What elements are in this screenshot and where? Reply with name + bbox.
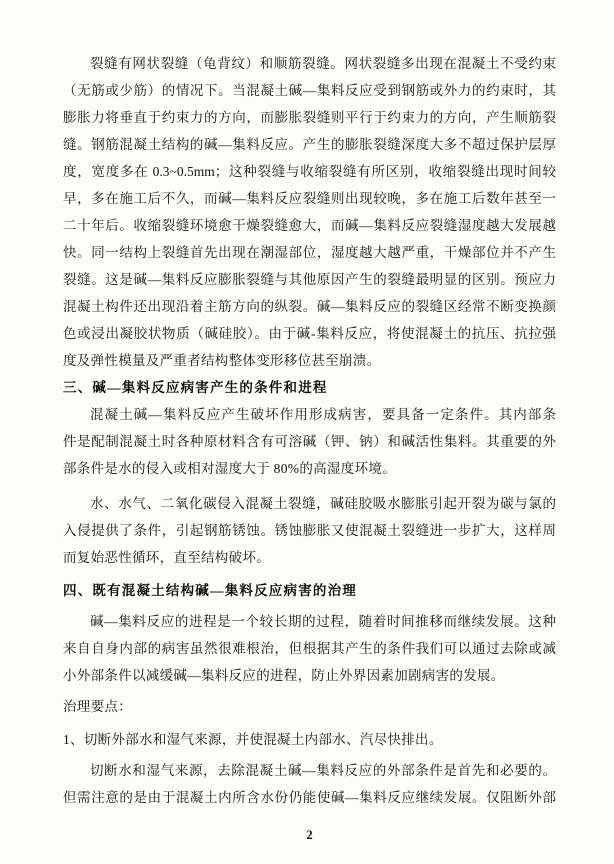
paragraph-reaction-conditions: 混凝土碱—集料反应产生破坏作用形成病害，要具备一定条件。其内部条 件是配制混凝土… (63, 401, 556, 482)
text-line: 入侵提供了条件，引起钢筋锈蚀。锈蚀膨胀又使混凝土裂缝进一步扩大，这样周 (63, 517, 556, 544)
section-heading-text: 四、既有混凝土结构碱—集料反应病害的治理 (63, 577, 556, 604)
section-heading-conditions: 三、碱—集料反应病害产生的条件和进程 (63, 374, 556, 401)
paragraph-cutoff-water: 切断水和湿气来源，去除混凝土碱—集料反应的外部条件是首先和必要的。 但需注意的是… (63, 757, 556, 811)
label-text: 治理要点： (63, 693, 556, 720)
page-number: 2 (63, 823, 556, 847)
paragraph-treatment-overview: 碱—集料反应的进程是一个较长期的过程，随着时间推移而继续发展。这种 来自自身内部… (63, 608, 556, 689)
text-line: 部条件是水的侵入或相对湿度大于 80%的高湿度环境。 (63, 455, 556, 482)
text-line: 裂缝。这是碱—集料反应膨胀裂缝与其他原因产生的裂缝最明显的区别。预应力 (63, 266, 556, 293)
text-line: 来自自身内部的病害虽然很难根治，但根据其产生的条件我们可以通过去除或减 (63, 635, 556, 662)
text-line: 度，宽度多在 0.3~0.5mm；这种裂缝与收缩裂缝有所区别，收缩裂缝出现时间较 (63, 158, 556, 185)
text-line: 碱—集料反应的进程是一个较长期的过程，随着时间推移而继续发展。这种 (63, 608, 556, 635)
text-line: 二十年后。收缩裂缝环境愈干燥裂缝愈大，而碱—集料反应裂缝湿度越大发展越 (63, 212, 556, 239)
text-line: 水、水气、二氧化碳侵入混凝土裂缝，碱硅胶吸水膨胀引起开裂为碳与氯的 (63, 490, 556, 517)
text-column: 裂缝有网状裂缝（龟背纹）和顺筋裂缝。网状裂缝多出现在混凝土不受约束 （无筋或少筋… (63, 50, 556, 847)
document-page: 裂缝有网状裂缝（龟背纹）和顺筋裂缝。网状裂缝多出现在混凝土不受约束 （无筋或少筋… (0, 0, 614, 864)
treatment-point-1: 1、切断外部水和湿气来源，并使混凝土内部水、汽尽快排出。 (63, 726, 556, 753)
text-line: 早，多在施工后不久，而碱—集料反应裂缝则出现较晚，多在施工后数年甚至一 (63, 185, 556, 212)
text-line: 度及弹性模量及严重者结构整体变形移位甚至崩溃。 (63, 347, 556, 374)
text-line: （无筋或少筋）的情况下。当混凝土碱—集料反应受到钢筋或外力的约束时，其 (63, 77, 556, 104)
text-line: 切断水和湿气来源，去除混凝土碱—集料反应的外部条件是首先和必要的。 (63, 757, 556, 784)
paragraph-corrosion-cycle: 水、水气、二氧化碳侵入混凝土裂缝，碱硅胶吸水膨胀引起开裂为碳与氯的 入侵提供了条… (63, 490, 556, 571)
text-line: 缝。钢筋混凝土结构的碱—集料反应。产生的膨胀裂缝深度大多不超过保护层厚 (63, 131, 556, 158)
text-line: 但需注意的是由于混凝土内所含水份仍能使碱—集料反应继续发展。仅阻断外部 (63, 784, 556, 811)
text-line: 混凝土构件还出现沿着主筋方向的纵裂。碱—集料反应的裂缝区经常不断变换颜 (63, 293, 556, 320)
section-heading-treatment: 四、既有混凝土结构碱—集料反应病害的治理 (63, 577, 556, 604)
paragraph-crack-characteristics: 裂缝有网状裂缝（龟背纹）和顺筋裂缝。网状裂缝多出现在混凝土不受约束 （无筋或少筋… (63, 50, 556, 374)
text-line: 快。同一结构上裂缝首先出现在潮湿部位，湿度越大越严重，干燥部位并不产生 (63, 239, 556, 266)
text-line: 色或浸出凝胶状物质（碱硅胶）。由于碱-集料反应，将使混凝土的抗压、抗拉强 (63, 320, 556, 347)
text-line: 件是配制混凝土时各种原材料含有可溶碱（钾、钠）和碱活性集料。其重要的外 (63, 428, 556, 455)
text-line: 而复始恶性循环，直至结构破坏。 (63, 544, 556, 571)
text-line: 裂缝有网状裂缝（龟背纹）和顺筋裂缝。网状裂缝多出现在混凝土不受约束 (63, 50, 556, 77)
text-line: 混凝土碱—集料反应产生破坏作用形成病害，要具备一定条件。其内部条 (63, 401, 556, 428)
treatment-points-label: 治理要点： (63, 693, 556, 720)
text-line: 膨胀力将垂直于约束力的方向，而膨胀裂缝则平行于约束力的方向，产生顺筋裂 (63, 104, 556, 131)
text-line: 小外部条件以减缓碱—集料反应的进程，防止外界因素加剧病害的发展。 (63, 662, 556, 689)
section-heading-text: 三、碱—集料反应病害产生的条件和进程 (63, 374, 556, 401)
list-item-text: 1、切断外部水和湿气来源，并使混凝土内部水、汽尽快排出。 (63, 726, 556, 753)
